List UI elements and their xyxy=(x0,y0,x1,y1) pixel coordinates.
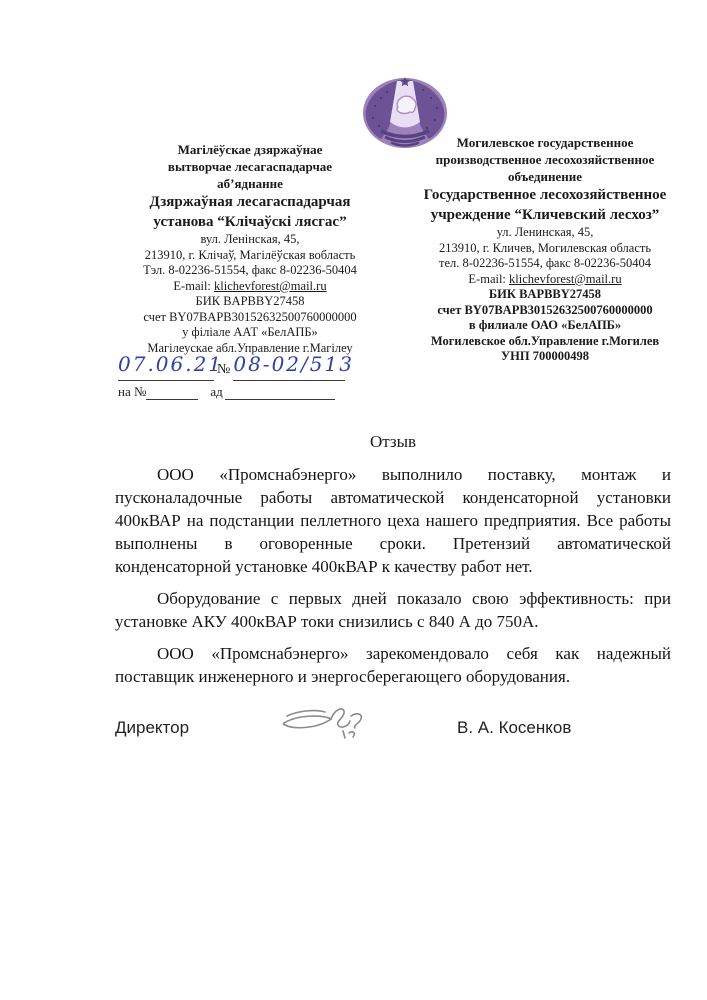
bank-account-line: счет BY07BAPB30152632500760000000 xyxy=(395,303,695,319)
body-paragraph: ООО «Промснабэнерго» выполнило поставку,… xyxy=(115,463,671,578)
org-name-line: Могилевское государственное xyxy=(395,134,695,151)
letter-body: Отзыв ООО «Промснабэнерго» выполнило пос… xyxy=(115,432,671,697)
bank-bic-line: БИК BAPBBY27458 xyxy=(112,294,388,310)
handwritten-signature-icon xyxy=(281,698,373,746)
org-name-line: Магілёўскае дзяржаўнае xyxy=(112,141,388,158)
org-name-line: аб’яднанне xyxy=(112,175,388,192)
document-title: Отзыв xyxy=(115,432,671,452)
handwritten-date: 07.06.21 xyxy=(118,352,223,376)
bank-branch-line: Могилевское обл.Управление г.Могилев xyxy=(395,334,695,350)
email-line: E-mail: klichevforest@mail.ru xyxy=(112,279,388,295)
address-line: вул. Ленінская, 45, xyxy=(112,232,388,248)
institution-name-line: Государственное лесохозяйственное xyxy=(395,185,695,205)
from-label: ад xyxy=(210,384,222,399)
bank-branch-line: в филиале ОАО «БелАПБ» xyxy=(395,318,695,334)
bank-account-line: счет BY07BAPB30152632500760000000 xyxy=(112,310,388,326)
org-name-line: объединение xyxy=(395,168,695,185)
unp-line: УНП 700000498 xyxy=(395,349,695,365)
blank-line xyxy=(146,386,198,400)
email-label: E-mail: xyxy=(173,279,214,293)
date-number-row: 07.06.21№08-02/513 xyxy=(118,352,438,382)
handwritten-number: 08-02/513 xyxy=(233,352,354,376)
address-line: ул. Ленинская, 45, xyxy=(395,225,695,241)
phone-line: тел. 8-02236-51554, факс 8-02236-50404 xyxy=(395,256,695,272)
body-paragraph: ООО «Промснабэнерго» зарекомендовало себ… xyxy=(115,642,671,688)
signer-role: Директор xyxy=(115,718,189,738)
signature-block: Директор В. А. Косенков xyxy=(115,700,671,750)
date-field: 07.06.21 xyxy=(118,352,214,381)
institution-name-line: Дзяржаўная лесагаспадарчая xyxy=(112,192,388,212)
email-label: E-mail: xyxy=(468,272,509,286)
email-line: E-mail: klichevforest@mail.ru xyxy=(395,272,695,288)
address-line: 213910, г. Кличев, Могилевская область xyxy=(395,241,695,257)
blank-line xyxy=(225,386,335,400)
bank-branch-line: у філіале ААТ «БелАПБ» xyxy=(112,325,388,341)
phone-line: Тэл. 8-02236-51554, факс 8-02236-50404 xyxy=(112,263,388,279)
bank-bic-line: БИК BAPBBY27458 xyxy=(395,287,695,303)
number-field: 08-02/513 xyxy=(233,352,345,381)
address-line: 213910, г. Клічаў, Магілёўская вобласть xyxy=(112,248,388,264)
letterhead-right-column: Могилевское государственное производстве… xyxy=(395,134,695,365)
on-number-label: на № xyxy=(118,384,146,399)
letter-page: Магілёўскае дзяржаўнае вытворчае лесагас… xyxy=(0,0,707,1000)
letterhead-left-column: Магілёўскае дзяржаўнае вытворчае лесагас… xyxy=(112,141,388,356)
reply-reference-row: на №ад xyxy=(118,384,438,400)
reference-block: 07.06.21№08-02/513 на №ад xyxy=(118,352,438,400)
email-address: klichevforest@mail.ru xyxy=(214,279,327,293)
signer-name: В. А. Косенков xyxy=(457,718,571,738)
org-name-line: производственное лесохозяйственное xyxy=(395,151,695,168)
institution-name-line: установа “Клічаўскі лясгас” xyxy=(112,212,388,232)
email-address: klichevforest@mail.ru xyxy=(509,272,622,286)
org-name-line: вытворчае лесагаспадарчае xyxy=(112,158,388,175)
institution-name-line: учреждение “Кличевский лесхоз” xyxy=(395,205,695,225)
number-sign: № xyxy=(214,359,233,381)
body-paragraph: Оборудование с первых дней показало свою… xyxy=(115,587,671,633)
